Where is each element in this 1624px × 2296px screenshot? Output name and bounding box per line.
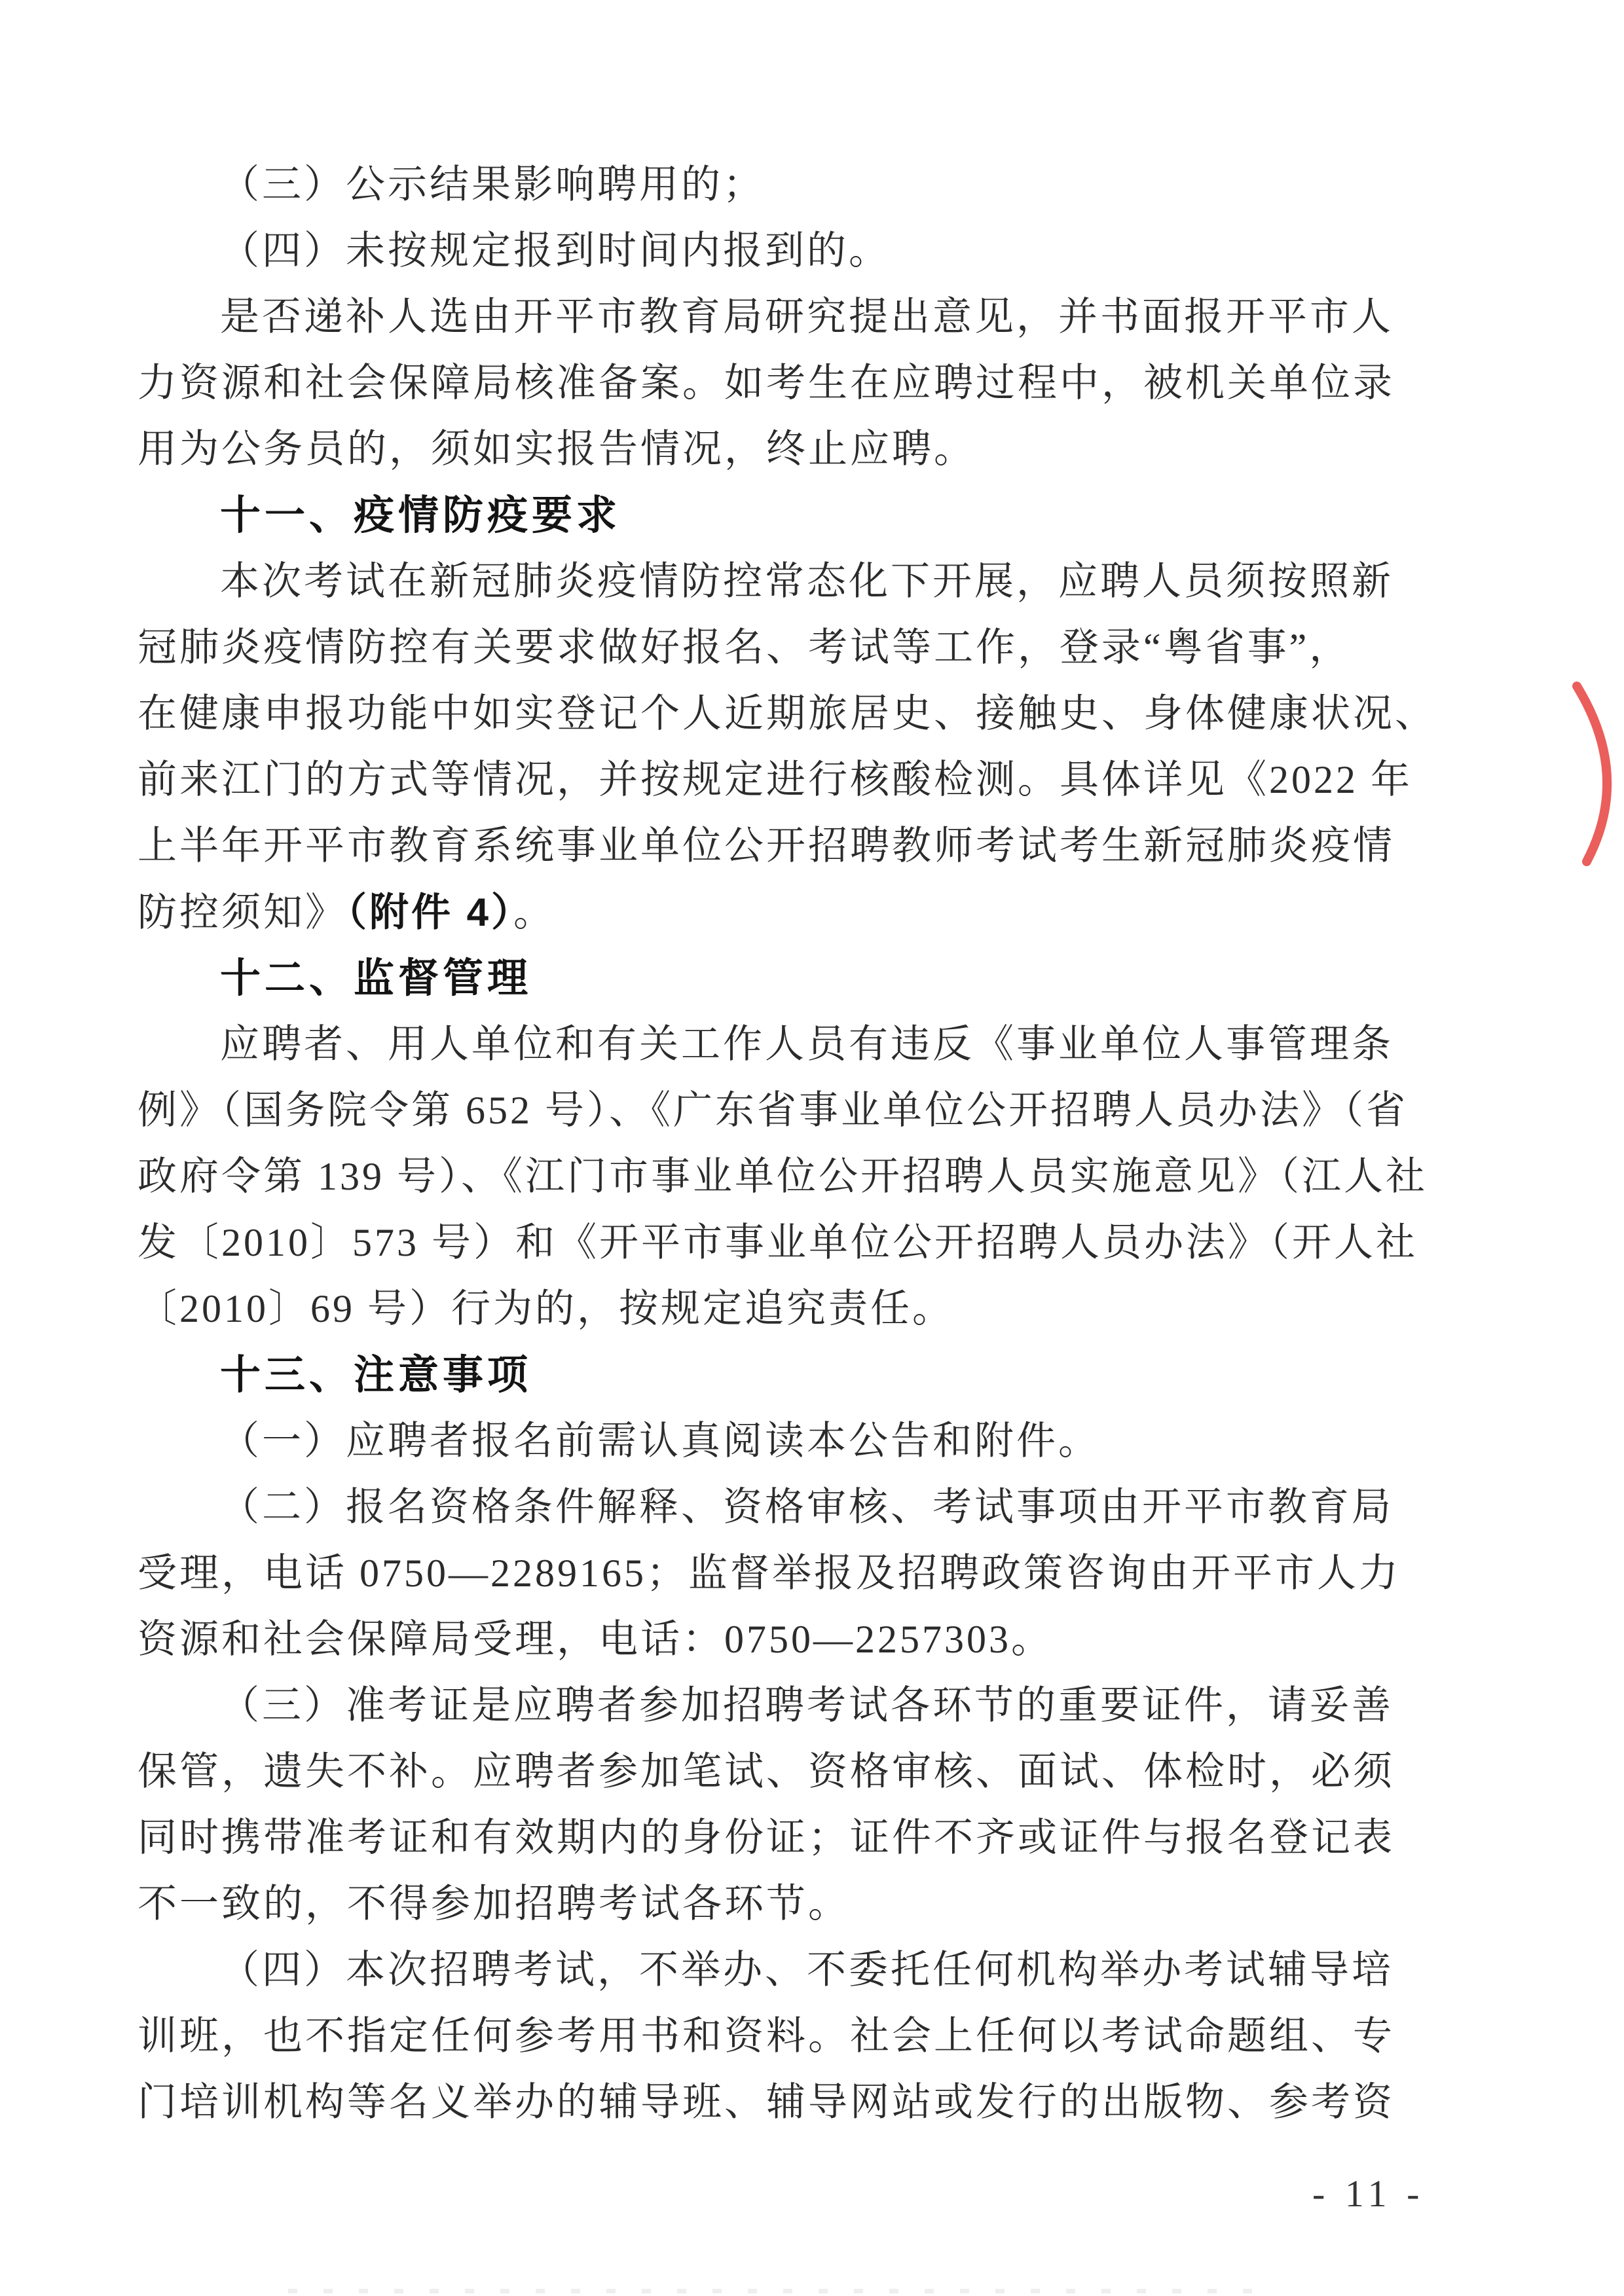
text-segment: 防控须知》 <box>138 891 347 934</box>
text-line: （二）报名资格条件解释、资格审核、考试事项由开平市教育局 <box>138 1474 1526 1540</box>
text-line: 冠肺炎疫情防控有关要求做好报名、考试等工作，登录“粤省事”， <box>138 615 1526 681</box>
section-heading-13: 十三、注意事项 <box>138 1342 1526 1408</box>
text-line: 防控须知》（附件 4）。 <box>138 879 1526 945</box>
text-segment: 。 <box>513 891 555 934</box>
text-line: （三）公示结果影响聘用的； <box>138 152 1526 218</box>
text-line: 受理，电话 0750—2289165；监督举报及招聘政策咨询由开平市人力 <box>138 1540 1526 1607</box>
text-line: （四）本次招聘考试，不举办、不委托任何机构举办考试辅导培 <box>138 1937 1526 2003</box>
text-line: 应聘者、用人单位和有关工作人员有违反《事业单位人事管理条 <box>138 1011 1526 1078</box>
section-heading-11: 十一、疫情防疫要求 <box>138 483 1526 549</box>
text-line: 用为公务员的，须如实报告情况，终止应聘。 <box>138 416 1526 483</box>
text-line: 同时携带准考证和有效期内的身份证；证件不齐或证件与报名登记表 <box>138 1805 1526 1871</box>
document-page: （三）公示结果影响聘用的； （四）未按规定报到时间内报到的。 是否递补人选由开平… <box>0 0 1624 2296</box>
text-line: 保管，遗失不补。应聘者参加笔试、资格审核、面试、体检时，必须 <box>138 1739 1526 1805</box>
section-heading-12: 十二、监督管理 <box>138 945 1526 1011</box>
text-line: 本次考试在新冠肺炎疫情防控常态化下开展，应聘人员须按照新 <box>138 549 1526 615</box>
document-text-block: （三）公示结果影响聘用的； （四）未按规定报到时间内报到的。 是否递补人选由开平… <box>138 152 1526 2136</box>
text-line: 在健康申报功能中如实登记个人近期旅居史、接触史、身体健康状况、 <box>138 681 1526 747</box>
text-line: 力资源和社会保障局核准备案。如考生在应聘过程中，被机关单位录 <box>138 350 1526 416</box>
scan-artifact-bottom-edge <box>288 2289 1270 2293</box>
text-line: 发〔2010〕573 号）和《开平市事业单位公开招聘人员办法》（开人社 <box>138 1210 1526 1276</box>
page-number: - 11 - <box>1312 2171 1424 2217</box>
red-pen-mark <box>1559 661 1624 884</box>
text-line: 门培训机构等名义举办的辅导班、辅导网站或发行的出版物、参考资 <box>138 2069 1526 2136</box>
text-line: （四）未按规定报到时间内报到的。 <box>138 218 1526 284</box>
text-line: （一）应聘者报名前需认真阅读本公告和附件。 <box>138 1408 1526 1474</box>
text-line: 政府令第 139 号）、《江门市事业单位公开招聘人员实施意见》（江人社 <box>138 1144 1526 1210</box>
text-line: 不一致的，不得参加招聘考试各环节。 <box>138 1871 1526 1937</box>
text-line: 资源和社会保障局受理，电话：0750—2257303。 <box>138 1607 1526 1673</box>
text-line: 例》（国务院令第 652 号）、《广东省事业单位公开招聘人员办法》（省 <box>138 1078 1526 1144</box>
text-line: （三）准考证是应聘者参加招聘考试各环节的重要证件，请妥善 <box>138 1673 1526 1739</box>
text-line: 是否递补人选由开平市教育局研究提出意见，并书面报开平市人 <box>138 284 1526 350</box>
text-line: 上半年开平市教育系统事业单位公开招聘教师考试考生新冠肺炎疫情 <box>138 813 1526 879</box>
attachment-ref: （附件 4） <box>347 890 513 934</box>
text-line: 前来江门的方式等情况，并按规定进行核酸检测。具体详见《2022 年 <box>138 747 1526 813</box>
text-line: 〔2010〕69 号）行为的，按规定追究责任。 <box>138 1276 1526 1342</box>
text-line: 训班，也不指定任何参考用书和资料。社会上任何以考试命题组、专 <box>138 2003 1526 2069</box>
